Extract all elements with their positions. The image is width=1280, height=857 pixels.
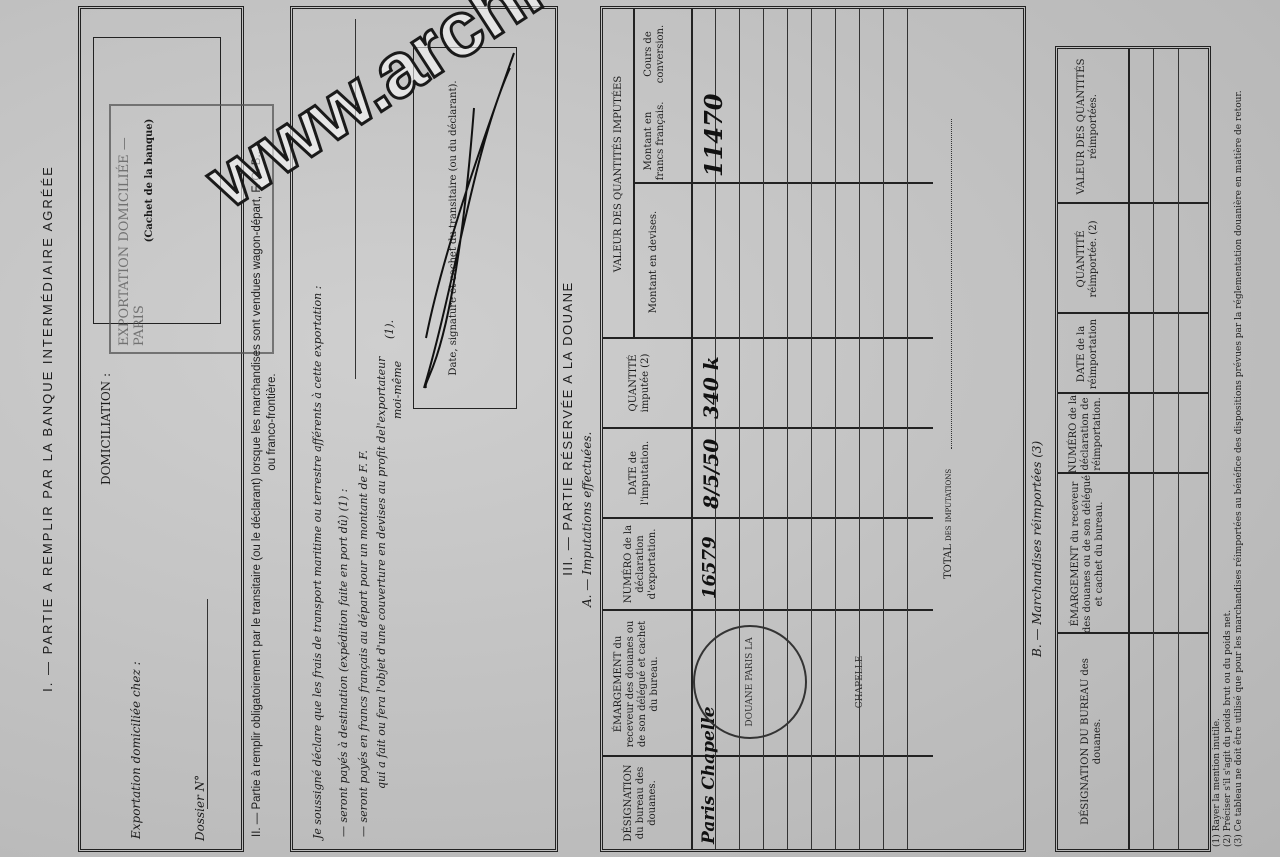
declaration-intro: Je soussigné déclare que les frais de tr… — [311, 286, 324, 839]
dossier-label: Dossier N° — [193, 775, 207, 841]
col-divider — [633, 182, 933, 184]
b-col-quantite: QUANTITÉ réimportée. (2) — [1076, 204, 1100, 314]
brace-exportateur: l'exportateur — [375, 357, 388, 429]
option2-cont: qui a fait ou fera l'objet d'une couvert… — [375, 429, 388, 789]
value-group-header: VALEUR DES QUANTITÉS IMPUTÉES — [613, 9, 625, 339]
row1-quantite: 340 k — [699, 356, 723, 419]
exportation-label: Exportation domiciliée chez : — [129, 661, 143, 839]
table-header-divider — [1128, 49, 1130, 849]
b-col-bureau: DÉSIGNATION DU BUREAU des douanes. — [1080, 634, 1104, 849]
row-line — [811, 9, 812, 849]
col-header-quantite: QUANTITÉ imputée (2) — [628, 339, 652, 427]
subsection-b-title: B. — Marchandises réimportées (3) — [1030, 441, 1044, 657]
col-header-bureau: DÉSIGNATION du bureau des douanes. — [623, 757, 659, 849]
table-header-divider — [691, 9, 693, 849]
b-col-numero: NUMÉRO de la déclaration de réimportatio… — [1068, 394, 1104, 474]
section2-title-line2: ou franco-frontière. — [265, 7, 280, 837]
brace-note: (1). — [383, 320, 396, 339]
imputations-table: DÉSIGNATION du bureau des douanes. ÉMARG… — [600, 6, 1026, 852]
section2-title-line1: II. — Partie à remplir obligatoirement p… — [250, 7, 265, 837]
col-header-francs: Montant en francs français. — [643, 101, 667, 181]
option1-text: seront payés à destination (expédition f… — [337, 489, 350, 823]
amount-line — [355, 19, 356, 379]
section1-title: I. — PARTIE A REMPLIR PAR LA BANQUE INTE… — [40, 0, 55, 857]
brace-moi-meme: moi-même — [391, 361, 404, 419]
b-col-valeur: VALEUR DES QUANTITÉS réimportées. — [1076, 49, 1100, 204]
total-dotted-line — [951, 119, 952, 449]
customs-stamp: DOUANE PARIS LA CHAPELLE — [693, 625, 807, 739]
section3-title: III. — PARTIE RÉSERVÉE A LA DOUANE — [560, 0, 575, 857]
row1-numero: 16579 — [699, 536, 720, 599]
dossier-line — [207, 599, 208, 809]
col-header-date: DATE de l'imputation. — [628, 429, 652, 517]
row-line — [859, 9, 860, 849]
row-line — [835, 9, 836, 849]
scanned-document: I. — PARTIE A REMPLIR PAR LA BANQUE INTE… — [0, 0, 1280, 857]
section1-box: DOMICILIATION : Exportation domiciliée c… — [78, 6, 244, 852]
section2-title: II. — Partie à remplir obligatoirement p… — [250, 7, 280, 837]
option2: — seront payés en francs français au dép… — [357, 450, 370, 837]
footnote-3: (3) Ce tableau ne doit être utilisé que … — [1234, 90, 1245, 847]
subsection-a-title: A. — Imputations effectuées. — [580, 432, 594, 607]
signature-scribble-icon — [414, 48, 516, 408]
col-header-cours: Cours de conversion. — [643, 14, 667, 94]
col-header-devises: Montant en devises. — [648, 187, 660, 337]
col-header-emargement: ÉMARGEMENT du receveur des douanes ou de… — [613, 614, 661, 754]
rotated-page: I. — PARTIE A REMPLIR PAR LA BANQUE INTE… — [0, 0, 1280, 857]
footnote-1: (1) Rayer la mention inutile. — [1212, 90, 1223, 847]
option2-text: seront payés en francs français au dépar… — [357, 450, 370, 822]
b-col-emargement: ÉMARGEMENT du receveur des douanes ou de… — [1070, 474, 1106, 634]
value-group-divider — [633, 9, 635, 339]
total-label: TOTAL des imputations — [943, 469, 955, 579]
option1: — seront payés à destination (expédition… — [337, 489, 350, 837]
row1-date: 8/5/50 — [699, 439, 723, 509]
row1-francs: 11470 — [699, 94, 728, 178]
row-line — [1153, 49, 1154, 849]
col-header-numero: NUMÉRO de la déclaration d'exportation. — [623, 519, 659, 609]
signature-box: Date, signature et cachet du transitaire… — [413, 47, 517, 409]
section2-box: Je soussigné déclare que les frais de tr… — [290, 6, 558, 852]
b-col-date: DATE de la réimportation — [1076, 314, 1100, 394]
row-line — [883, 9, 884, 849]
reimport-table: DÉSIGNATION DU BUREAU des douanes. ÉMARG… — [1055, 46, 1211, 852]
footnote-2: (2) Préciser s'il s'agit du poids brut o… — [1223, 90, 1234, 847]
row-line — [907, 9, 908, 849]
footnotes: (1) Rayer la mention inutile. (2) Précis… — [1212, 90, 1245, 847]
row-line — [1178, 49, 1179, 849]
